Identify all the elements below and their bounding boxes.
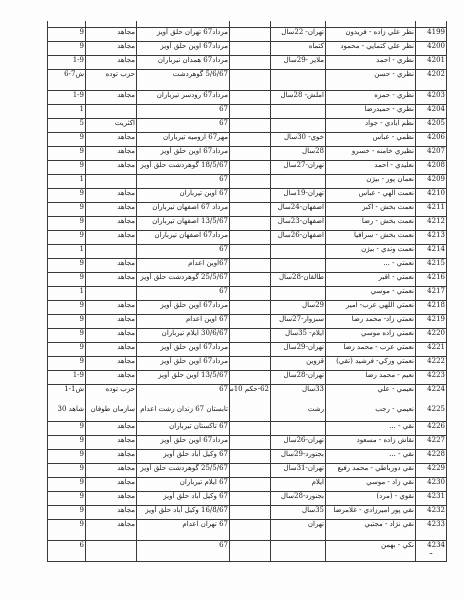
event-cell: 67 وكيل آباد حلق آويز — [137, 492, 230, 506]
extra-cell — [230, 189, 271, 203]
id-cell: 4229 — [416, 464, 447, 478]
name-cell: نعمت بخش - سرافيا — [326, 231, 416, 245]
table-row: 1 67 نعمتي - موسي 4217 — [48, 287, 447, 301]
extra-cell — [230, 478, 271, 492]
id-cell: 4212 — [416, 217, 447, 231]
extra-cell — [230, 42, 271, 56]
table-row: 9 مجاهد 25/5/67 گوهردشت حلق آويز طالقان-… — [48, 273, 447, 287]
code-line-2: شاهد 30 — [49, 405, 84, 413]
group-cell: مجاهد — [86, 343, 137, 357]
code-cell: 9 — [48, 450, 86, 464]
event-cell: مرداد67 رودسر تيرباران — [137, 91, 230, 105]
table-row: 9 مجاهد مرداد67 اوين حلق آويز تهران-26سا… — [48, 436, 447, 450]
place-age-cell — [271, 259, 326, 273]
code-cell: 1-9 — [48, 56, 86, 70]
group-cell — [86, 541, 137, 562]
place-age-cell: 28سال — [271, 147, 326, 161]
event-cell: 67اوين اعدام — [137, 259, 230, 273]
place-age-cell: تهران-27سال — [271, 161, 326, 175]
name-cell: نعمت الهي - عباس — [326, 189, 416, 203]
code-cell: 6-ش7 — [48, 70, 86, 91]
id-line-2: 4225 — [417, 405, 445, 413]
code-cell: 1-ش1شاهد 30 — [48, 385, 86, 422]
event-cell: 5/6/67 گوهردشت — [137, 70, 230, 91]
place-age-line-1: 33سال — [272, 385, 324, 393]
event-cell: 13/5/67 اصفهان تيرباران — [137, 217, 230, 231]
extra-cell — [230, 70, 271, 91]
table-row: 1 67 نعمت وندي - بيژن 4214 — [48, 245, 447, 259]
extra-cell — [230, 273, 271, 287]
id-cell: 4217 — [416, 287, 447, 301]
extra-cell — [230, 119, 271, 133]
event-cell: 67 — [137, 175, 230, 189]
extra-cell — [230, 133, 271, 147]
id-cell: 4223 — [416, 371, 447, 385]
event-cell: مهر67 اروميه تيرباران — [137, 133, 230, 147]
id-cell: 4230 — [416, 478, 447, 492]
id-cell: 4222 — [416, 357, 447, 371]
group-cell: مجاهد — [86, 28, 137, 42]
code-cell: 9 — [48, 464, 86, 478]
group-cell: مجاهد — [86, 506, 137, 520]
event-cell: 18/5/67 گوهردشت حلق آويز — [137, 161, 230, 175]
event-cell: 67 — [137, 287, 230, 301]
scanned-document-page: 9 مجاهد مرداد67 تهران حلق آويز تهران- 22… — [0, 0, 464, 600]
id-cell: 4205 — [416, 119, 447, 133]
group-cell — [86, 287, 137, 301]
table-row: 9 مجاهد 67 ايلام تيرباران ايلام نقي زاد … — [48, 478, 447, 492]
place-age-cell: اصفهان-26سال — [271, 231, 326, 245]
extra-cell — [230, 464, 271, 478]
place-age-cell: تهران — [271, 520, 326, 541]
extra-cell — [230, 147, 271, 161]
extra-cell — [230, 506, 271, 520]
id-cell: 4227 — [416, 436, 447, 450]
group-cell: مجاهد — [86, 91, 137, 105]
place-age-cell: تهران-28سال — [271, 371, 326, 385]
place-age-cell: بجنورد-29سال — [271, 450, 326, 464]
id-cell: 4211 — [416, 203, 447, 217]
place-age-cell: اصفهان-24سال — [271, 203, 326, 217]
name-cell: نعمتي وركي- فرشيد (تقي) — [326, 357, 416, 371]
code-cell: 9 — [48, 259, 86, 273]
name-cell: نقاش زاده - مسعود — [326, 436, 416, 450]
event-cell: مرداد67 اوين حلق آويز — [137, 357, 230, 371]
name-cell: نعمت بخش - رضا — [326, 217, 416, 231]
name-cell: نعمان پور - بيژن — [326, 175, 416, 189]
code-cell: 9 — [48, 42, 86, 56]
code-cell: 9 — [48, 506, 86, 520]
group-cell: مجاهد — [86, 273, 137, 287]
group-cell — [86, 245, 137, 259]
id-cell: 4207 — [416, 147, 447, 161]
table-row: 9 مجاهد مرداد 67 اصفهان تيرباران اصفهان-… — [48, 203, 447, 217]
event-cell: 67 اوين تيرباران — [137, 189, 230, 203]
code-cell: 9 — [48, 492, 86, 506]
event-cell: 25/5/67 گوهردشت حلق آويز — [137, 464, 230, 478]
place-age-cell: قزوين — [271, 357, 326, 371]
extra-cell — [230, 175, 271, 189]
place-age-cell — [271, 287, 326, 301]
records-table-body: 9 مجاهد مرداد67 تهران حلق آويز تهران- 22… — [48, 21, 447, 562]
group-cell: مجاهد — [86, 56, 137, 70]
event-cell: 67 تهران اعدام — [137, 520, 230, 541]
name-cell: نظري - احمد — [326, 56, 416, 70]
place-age-cell: تهران-29سال — [271, 343, 326, 357]
extra-line-1: 62-حكم 10سال — [231, 385, 269, 393]
id-cell: 4202 — [416, 70, 447, 91]
id-line-1: 4224 — [417, 385, 445, 393]
table-row: 9 مجاهد 67اوين اعدام نعمتي - ... 4215 — [48, 259, 447, 273]
name-cell: نقي نژاد - مجتبي — [326, 520, 416, 541]
name-cell: نظمي - عباس — [326, 133, 416, 147]
place-age-cell — [271, 541, 326, 562]
name-cell: نظري - حميدرضا — [326, 105, 416, 119]
place-age-cell: ايلام — [271, 478, 326, 492]
place-age-cell: ايلام- 35سال — [271, 329, 326, 343]
id-cell: 4213 — [416, 231, 447, 245]
event-cell: 67 تاكستان تيرباران — [137, 422, 230, 436]
event-cell: 67 ايلام تيرباران — [137, 478, 230, 492]
extra-cell — [230, 287, 271, 301]
event-cell: مرداد67 اصفهان تيرباران — [137, 231, 230, 245]
group-cell: مجاهد — [86, 464, 137, 478]
table-row: 9 مجاهد مرداد67 تهران حلق آويز تهران- 22… — [48, 28, 447, 42]
code-cell: 1 — [48, 105, 86, 119]
place-age-cell: تهران-19سال — [271, 189, 326, 203]
code-cell: 9 — [48, 301, 86, 315]
place-age-cell — [271, 422, 326, 436]
name-cell: نعيمي - علينعيمي - رجب — [326, 385, 416, 422]
event-line-1: 67 — [138, 385, 228, 393]
id-cell: 4208 — [416, 161, 447, 175]
table-row: 1-9 مجاهد 13/5/67 اوين حلق آويز تهران-28… — [48, 371, 447, 385]
group-cell: مجاهد — [86, 217, 137, 231]
id-cell: 4233 — [416, 520, 447, 541]
extra-cell — [230, 357, 271, 371]
name-cell: نقي زاد - موسي — [326, 478, 416, 492]
group-cell — [86, 105, 137, 119]
code-cell: 9 — [48, 133, 86, 147]
id-cell: 4231 — [416, 492, 447, 506]
name-cell: نكي - بهمن — [326, 541, 416, 562]
extra-cell — [230, 217, 271, 231]
table-row: 9 مجاهد 13/5/67 اصفهان تيرباران اصفهان-2… — [48, 217, 447, 231]
place-age-cell — [271, 70, 326, 91]
place-age-cell: تهران-26سال — [271, 436, 326, 450]
table-row: 9 مجاهد مرداد67 اوين حلق آويز كتماه نظر … — [48, 42, 447, 56]
event-cell: 67 — [137, 105, 230, 119]
name-line-1: نعيمي - علي — [327, 385, 414, 393]
group-cell: مجاهد — [86, 231, 137, 245]
group-cell: مجاهد — [86, 203, 137, 217]
event-line-2: تابستان 67 زندان رشت اعدام — [138, 405, 228, 413]
extra-cell — [230, 161, 271, 175]
place-age-cell: 29سال — [271, 301, 326, 315]
event-cell: 67 — [137, 245, 230, 259]
id-cell: 4228 — [416, 450, 447, 464]
event-cell: مرداد67 اوين حلق آويز — [137, 343, 230, 357]
code-cell: 9 — [48, 478, 86, 492]
place-age-cell: اصفهان-23سال — [271, 217, 326, 231]
code-cell: 9 — [48, 217, 86, 231]
table-row: 6-ش7 حزب توده 5/6/67 گوهردشت نظري - حسن … — [48, 70, 447, 91]
event-cell: مرداد67 همدان تيرباران — [137, 56, 230, 70]
group-cell: مجاهد — [86, 436, 137, 450]
table-row: 9 مجاهد 16/8/67 وكيل آباد حلق آويز 35سال… — [48, 506, 447, 520]
place-age-cell — [271, 245, 326, 259]
group-cell — [86, 175, 137, 189]
code-line-1: 1-ش1 — [49, 385, 84, 393]
table-row: 9 مجاهد 67 تاكستان تيرباران نقي - ... 42… — [48, 422, 447, 436]
place-age-cell: بجنورد-28سال — [271, 492, 326, 506]
extra-cell — [230, 343, 271, 357]
table-row: 9 مجاهد مرداد67 اوين حلق آويز قزوين نعمت… — [48, 357, 447, 371]
code-cell: 9 — [48, 357, 86, 371]
table-row: 9 مجاهد مرداد67 اصفهان تيرباران اصفهان-2… — [48, 231, 447, 245]
table-row-merged: 1-ش1شاهد 30 حزب تودهسازمان طوفان 67تابست… — [48, 385, 447, 422]
footer-mark: ـ — [417, 549, 445, 555]
event-cell: 16/8/67 وكيل آباد حلق آويز — [137, 506, 230, 520]
name-cell: نعمتي - موسي — [326, 287, 416, 301]
id-cell: 4226 — [416, 422, 447, 436]
name-cell: نعمت وندي - بيژن — [326, 245, 416, 259]
code-cell: 5 — [48, 119, 86, 133]
extra-cell — [230, 520, 271, 541]
id-cell: 4232 — [416, 506, 447, 520]
place-age-cell: املش- 28سال — [271, 91, 326, 105]
extra-cell — [230, 231, 271, 245]
extra-cell — [230, 91, 271, 105]
name-cell: نظري - حمزه — [326, 91, 416, 105]
name-cell: نعمتي زاد- محمد رضا — [326, 315, 416, 329]
group-line-2: سازمان طوفان — [87, 405, 135, 413]
table-row: 9 مجاهد 67 وكيل آباد حلق آويز بجنورد-28س… — [48, 492, 447, 506]
id-cell: 4220 — [416, 329, 447, 343]
table-row: 9 مجاهد 25/5/67 گوهردشت حلق آويز تهران-3… — [48, 464, 447, 478]
extra-cell — [230, 105, 271, 119]
group-line-1: حزب توده — [87, 385, 135, 393]
table-row: 9 مجاهد مهر67 اروميه تيرباران خوي- 30سال… — [48, 133, 447, 147]
id-cell: 4199 — [416, 28, 447, 42]
table-row: 9 مجاهد 67 اوين اعدام سبزوار-27سال نعمتي… — [48, 315, 447, 329]
extra-cell — [230, 203, 271, 217]
code-cell: 1-9 — [48, 91, 86, 105]
extra-cell — [230, 28, 271, 42]
id-cell: 4234ـ — [416, 541, 447, 562]
event-cell: 67 — [137, 119, 230, 133]
place-age-cell — [271, 105, 326, 119]
name-cell: نقي پور اميرزادي - غلامرضا — [326, 506, 416, 520]
place-age-cell: تهران- 22سال — [271, 28, 326, 42]
id-cell: 4206 — [416, 133, 447, 147]
name-cell: نعمتي - اقبر — [326, 273, 416, 287]
place-age-cell: ملاير -29سال — [271, 56, 326, 70]
group-cell: مجاهد — [86, 329, 137, 343]
extra-cell — [230, 450, 271, 464]
extra-cell — [230, 436, 271, 450]
group-cell: مجاهد — [86, 133, 137, 147]
id-cell: 4215 — [416, 259, 447, 273]
group-cell: مجاهد — [86, 259, 137, 273]
table-row: 9 مجاهد مرداد67 اوين حلق آويز 29سال نعمت… — [48, 301, 447, 315]
group-cell: حزب توده — [86, 70, 137, 91]
code-cell: 9 — [48, 422, 86, 436]
code-cell: 6 — [48, 541, 86, 562]
name-cell: نقي - ... — [326, 450, 416, 464]
id-cell: 42244225 — [416, 385, 447, 422]
event-cell: مرداد67 اوين حلق آويز — [137, 301, 230, 315]
place-age-line-2: رشت — [272, 405, 324, 413]
group-cell: مجاهد — [86, 478, 137, 492]
group-cell: مجاهد — [86, 492, 137, 506]
id-cell: 4214 — [416, 245, 447, 259]
code-cell: 1 — [48, 287, 86, 301]
name-cell: نعليدي - احمد — [326, 161, 416, 175]
id-cell: 4221 — [416, 343, 447, 357]
records-table: 9 مجاهد مرداد67 تهران حلق آويز تهران- 22… — [47, 21, 447, 562]
place-age-cell: كتماه — [271, 42, 326, 56]
table-row: 9 مجاهد 18/5/67 گوهردشت حلق آويز تهران-2… — [48, 161, 447, 175]
group-cell: مجاهد — [86, 189, 137, 203]
event-cell: مرداد67 اوين حلق آويز — [137, 436, 230, 450]
name-line-2: نعيمي - رجب — [327, 405, 414, 413]
name-cell: نظر علي زاده - فريدون — [326, 28, 416, 42]
code-cell: 1 — [48, 245, 86, 259]
name-cell: نعمت بخش - اكبر — [326, 203, 416, 217]
event-cell: مرداد 67 اصفهان تيرباران — [137, 203, 230, 217]
code-cell: 9 — [48, 436, 86, 450]
event-cell: 67تابستان 67 زندان رشت اعدام — [137, 385, 230, 422]
id-cell: 4201 — [416, 56, 447, 70]
id-cell: 4200 — [416, 42, 447, 56]
code-cell: 9 — [48, 147, 86, 161]
extra-cell — [230, 301, 271, 315]
name-cell: نعيم - محمد رضا — [326, 371, 416, 385]
event-cell: مرداد67 اوين حلق آويز — [137, 42, 230, 56]
name-cell: نعمتي عرب - محمد رضا — [326, 343, 416, 357]
group-cell: مجاهد — [86, 147, 137, 161]
place-age-cell: 35سال — [271, 506, 326, 520]
extra-cell — [230, 422, 271, 436]
code-cell: 1 — [48, 175, 86, 189]
extra-cell — [230, 541, 271, 562]
id-cell: 4209 — [416, 175, 447, 189]
table-row: 1-9 مجاهد مرداد67 رودسر تيرباران املش- 2… — [48, 91, 447, 105]
extra-cell — [230, 315, 271, 329]
group-cell: مجاهد — [86, 422, 137, 436]
group-cell: مجاهد — [86, 301, 137, 315]
place-age-cell — [271, 119, 326, 133]
group-cell: مجاهد — [86, 357, 137, 371]
event-cell: 25/5/67 گوهردشت حلق آويز — [137, 273, 230, 287]
id-cell: 4219 — [416, 315, 447, 329]
code-cell: 9 — [48, 273, 86, 287]
event-cell: 67 — [137, 541, 230, 562]
group-cell: مجاهد — [86, 42, 137, 56]
extra-cell — [230, 492, 271, 506]
table-row: 9 مجاهد 67 وكيل آباد حلق آويز بجنورد-29س… — [48, 450, 447, 464]
group-cell: مجاهد — [86, 520, 137, 541]
table-row: 9 مجاهد مرداد67 اوين حلق آويز 28سال نظير… — [48, 147, 447, 161]
code-cell: 9 — [48, 329, 86, 343]
extra-cell — [230, 245, 271, 259]
name-cell: نظر علي كتمايي - محمود — [326, 42, 416, 56]
id-cell: 4203 — [416, 91, 447, 105]
place-age-cell: تهران-31سال — [271, 464, 326, 478]
table-row: 9 مجاهد 67 اوين تيرباران تهران-19سال نعم… — [48, 189, 447, 203]
extra-cell: 62-حكم 10سال — [230, 385, 271, 422]
id-cell: 4218 — [416, 301, 447, 315]
event-cell: مرداد67 اوين حلق آويز — [137, 147, 230, 161]
name-cell: نقي - ... — [326, 422, 416, 436]
group-cell: مجاهد — [86, 161, 137, 175]
code-cell: 1-9 — [48, 371, 86, 385]
place-age-cell: خوي- 30سال — [271, 133, 326, 147]
code-cell: 9 — [48, 315, 86, 329]
event-cell: 13/5/67 اوين حلق آويز — [137, 371, 230, 385]
id-cell: 4204 — [416, 105, 447, 119]
id-cell: 4210 — [416, 189, 447, 203]
group-cell: مجاهد — [86, 371, 137, 385]
table-row: 1-9 مجاهد مرداد67 همدان تيرباران ملاير -… — [48, 56, 447, 70]
table-row: 9 مجاهد مرداد67 اوين حلق آويز تهران-29سا… — [48, 343, 447, 357]
place-age-cell: طالقان-28سال — [271, 273, 326, 287]
name-cell: نعمتي اللهي عرب- امير — [326, 301, 416, 315]
table-row: 5 اكثريت 67 نظم ابادي - جواد 4205 — [48, 119, 447, 133]
event-cell: 67 وكيل آباد حلق آويز — [137, 450, 230, 464]
extra-cell — [230, 259, 271, 273]
code-cell: 9 — [48, 28, 86, 42]
code-cell: 9 — [48, 231, 86, 245]
table-row: 1 67 نظري - حميدرضا 4204 — [48, 105, 447, 119]
place-age-cell — [271, 175, 326, 189]
code-cell: 9 — [48, 189, 86, 203]
code-cell: 9 — [48, 343, 86, 357]
place-age-cell: 33سالرشت — [271, 385, 326, 422]
table-row: 9 مجاهد 30/6/67 ايلام تيرباران ايلام- 35… — [48, 329, 447, 343]
name-cell: نظري - حسن — [326, 70, 416, 91]
code-cell: 9 — [48, 161, 86, 175]
place-age-cell: سبزوار-27سال — [271, 315, 326, 329]
extra-cell — [230, 56, 271, 70]
extra-cell — [230, 371, 271, 385]
code-cell: 9 — [48, 520, 86, 541]
group-cell: مجاهد — [86, 450, 137, 464]
group-cell: حزب تودهسازمان طوفان — [86, 385, 137, 422]
extra-cell — [230, 329, 271, 343]
group-cell: مجاهد — [86, 315, 137, 329]
name-cell: نقي دورباطي - محمد رفيع — [326, 464, 416, 478]
table-row: 9 مجاهد 67 تهران اعدام تهران نقي نژاد - … — [48, 520, 447, 541]
name-cell: نعمتي زاده موسي — [326, 329, 416, 343]
name-cell: نعمتي - ... — [326, 259, 416, 273]
name-cell: نظيري خامنه - خسرو — [326, 147, 416, 161]
event-cell: 30/6/67 ايلام تيرباران — [137, 329, 230, 343]
name-cell: نظم ابادي - جواد — [326, 119, 416, 133]
code-cell: 9 — [48, 203, 86, 217]
group-cell: اكثريت — [86, 119, 137, 133]
table-row: 6 67 نكي - بهمن 4234ـ — [48, 541, 447, 562]
id-cell: 4216 — [416, 273, 447, 287]
name-cell: نقوي - (مرد) — [326, 492, 416, 506]
event-cell: مرداد67 تهران حلق آويز — [137, 28, 230, 42]
table-row: 1 67 نعمان پور - بيژن 4209 — [48, 175, 447, 189]
event-cell: 67 اوين اعدام — [137, 315, 230, 329]
